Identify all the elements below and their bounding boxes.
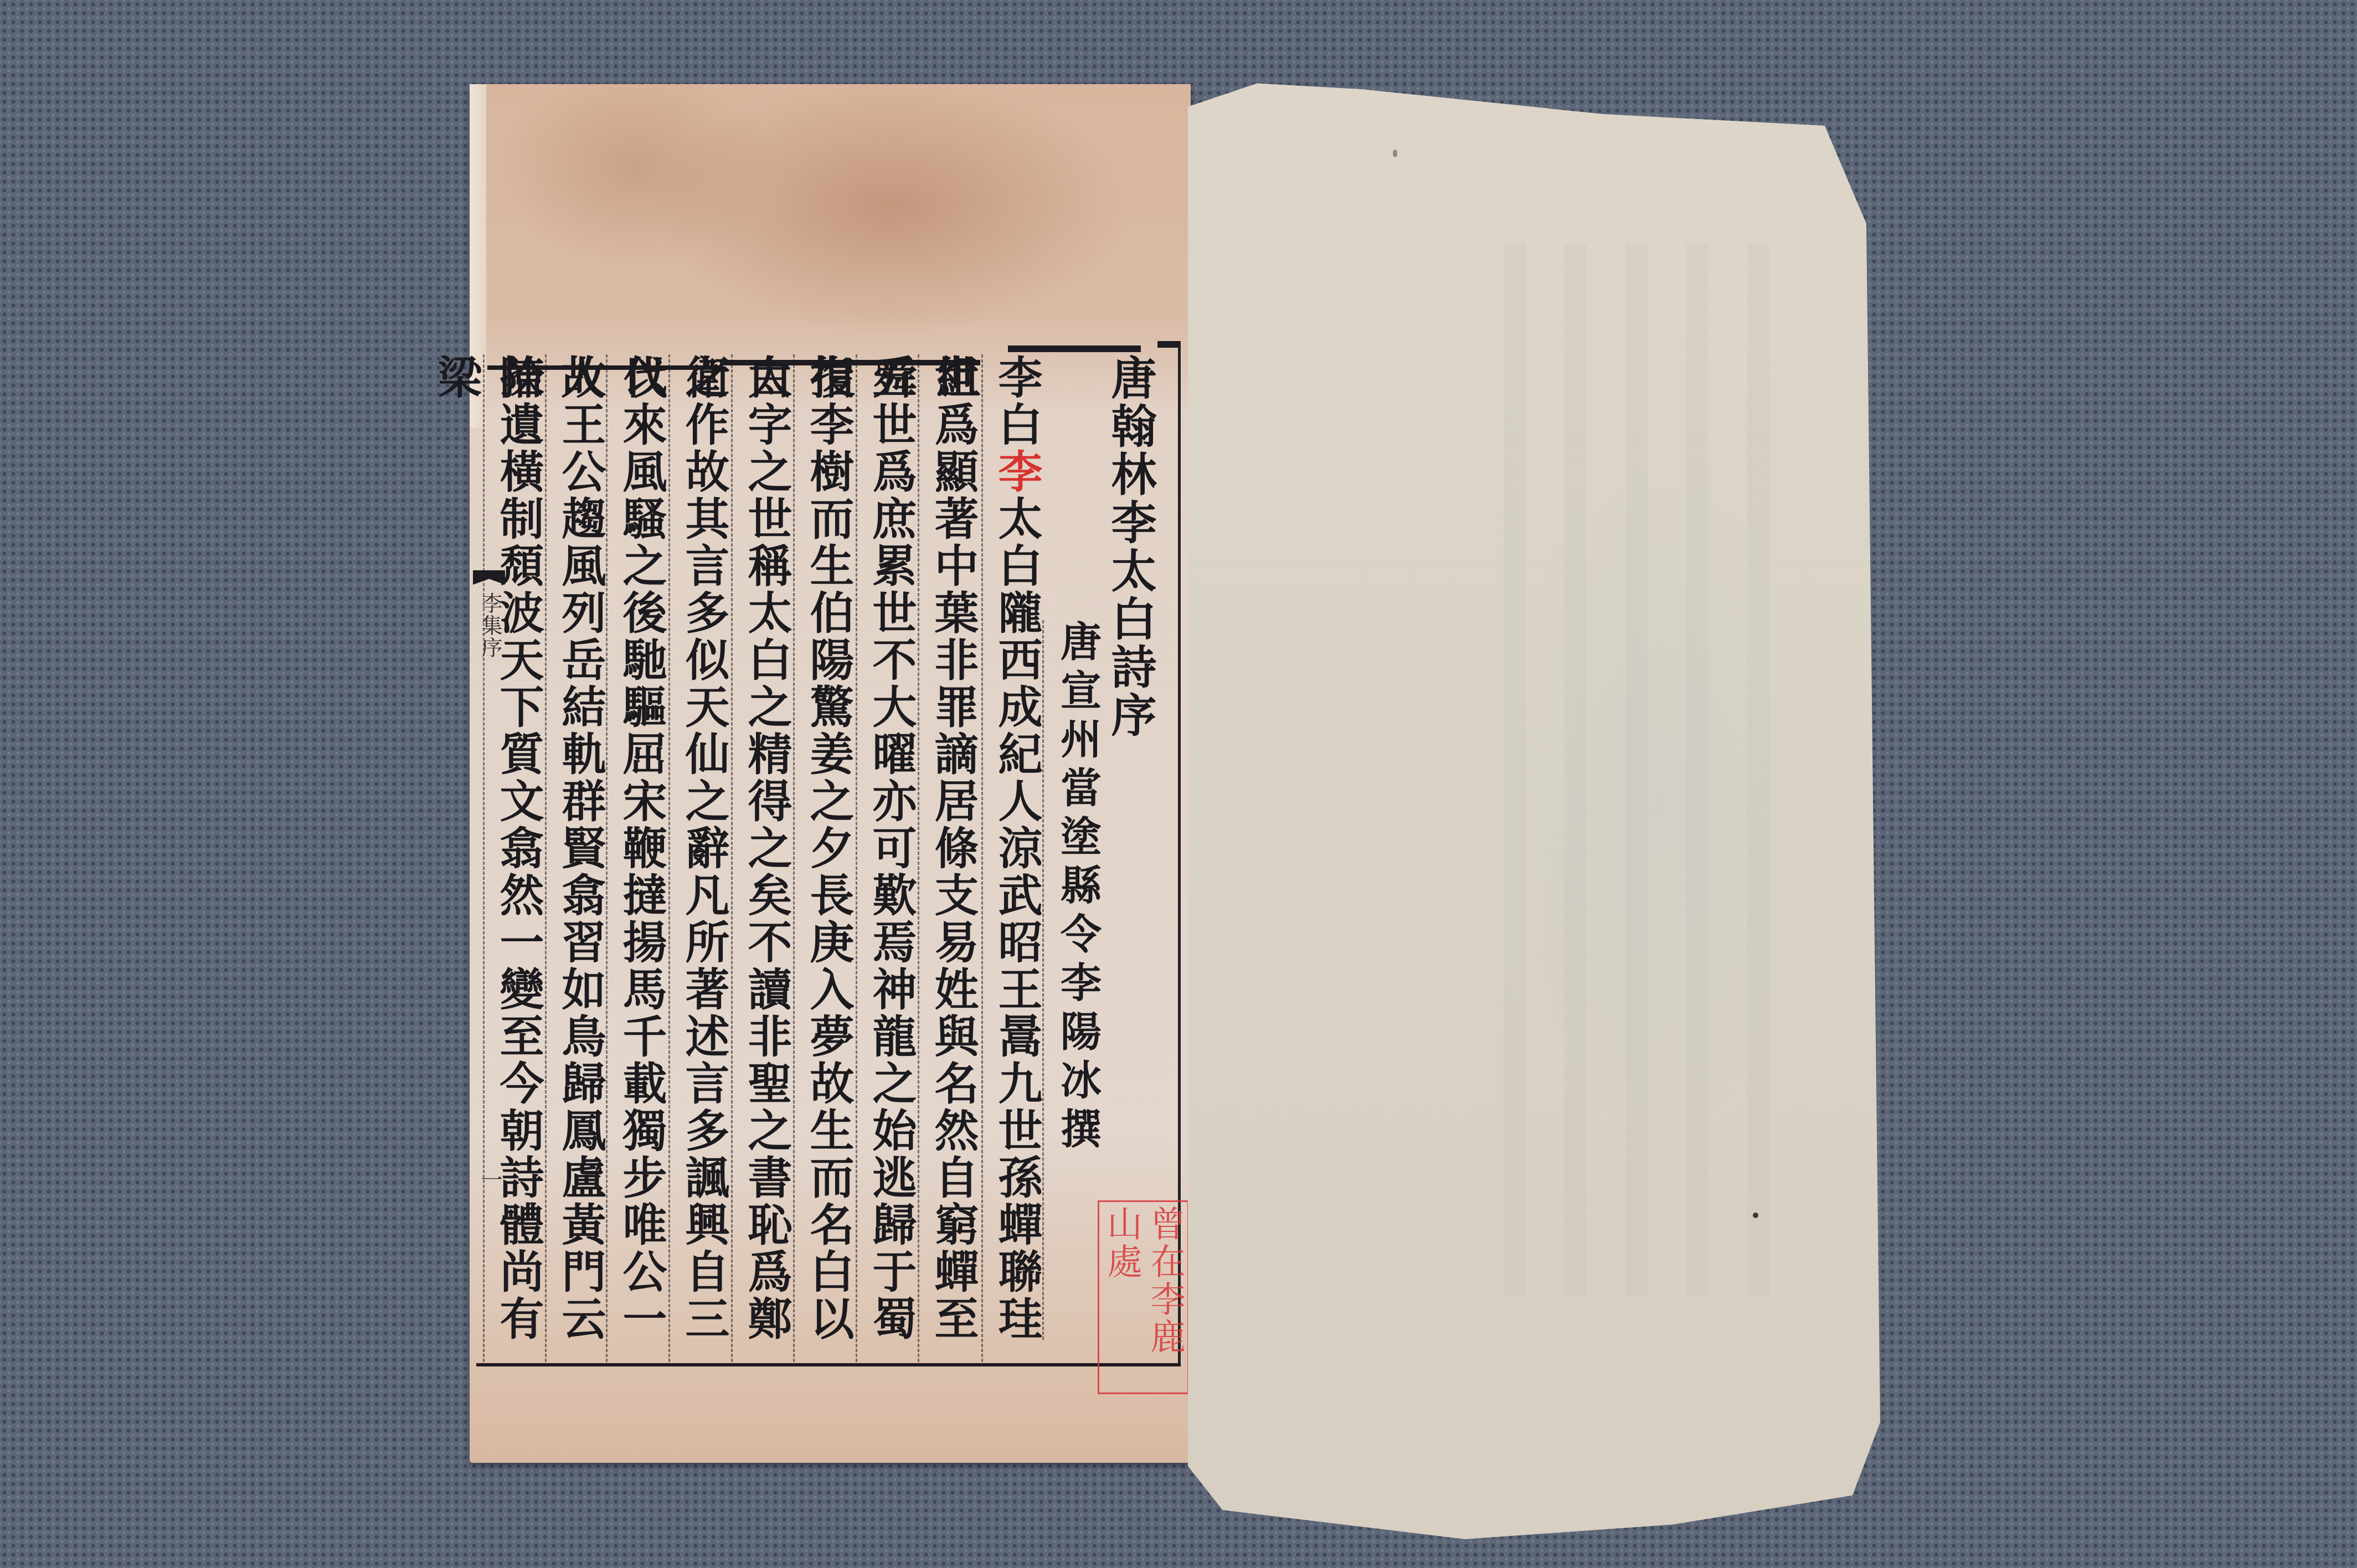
- text-column-9: 拾遺橫制頹波天下質文翕然一變至今朝詩體尚有梁: [487, 354, 549, 1362]
- margin-label: 李集序: [475, 592, 506, 659]
- paper-speck: [1753, 1213, 1758, 1218]
- fishtail-mark-icon: [473, 570, 505, 585]
- text-column-8: 故王公趨風列岳結軌群賢翕習如鳥歸鳳盧黃門云陳: [549, 354, 611, 1362]
- blank-leaf: [1188, 78, 1880, 1539]
- frame-top-border: [1157, 341, 1181, 348]
- text-column-7: 以來風騷之後馳驅屈宋鞭撻揚馬千載獨步唯公一人: [610, 354, 672, 1362]
- text-column-6: 之作故其言多似天仙之辭凡所著述言多諷興自三代: [673, 354, 735, 1362]
- text-column-4: 指李樹而生伯陽驚姜之夕長庚入夢故生而名白以太: [797, 354, 860, 1362]
- show-through-texture: [1504, 244, 1792, 1296]
- text-column-2: 世爲顯著中葉非罪謫居條支易姓與名然自窮蟬至舜: [922, 354, 984, 1362]
- text-column-3: 五世爲庶累世不大曜亦可歎焉神龍之始逃歸于蜀復: [860, 354, 922, 1362]
- collector-seal: 曾在李鹿山處: [1098, 1200, 1189, 1394]
- text-column-5: 白字之世稱太白之精得之矣不讀非聖之書恥爲鄭衛: [735, 354, 797, 1362]
- page-number: 一: [481, 1163, 503, 1194]
- text-column-1: 李白李太白隴西成紀人涼武昭王暠九世孫蟬聯珪組: [986, 354, 1048, 1362]
- frame-top-border: [1008, 345, 1141, 352]
- paper-speck: [1393, 149, 1397, 157]
- red-annotation-character: 李: [991, 448, 1043, 496]
- open-book: 唐翰林李太白詩序 唐宣州當塗縣令李陽冰撰 李白李太白隴西成紀人涼武昭王暠九世孫蟬…: [0, 0, 2357, 1568]
- column-1-prefix: 李白: [991, 354, 1043, 448]
- fold-margin: 李集序: [470, 570, 508, 825]
